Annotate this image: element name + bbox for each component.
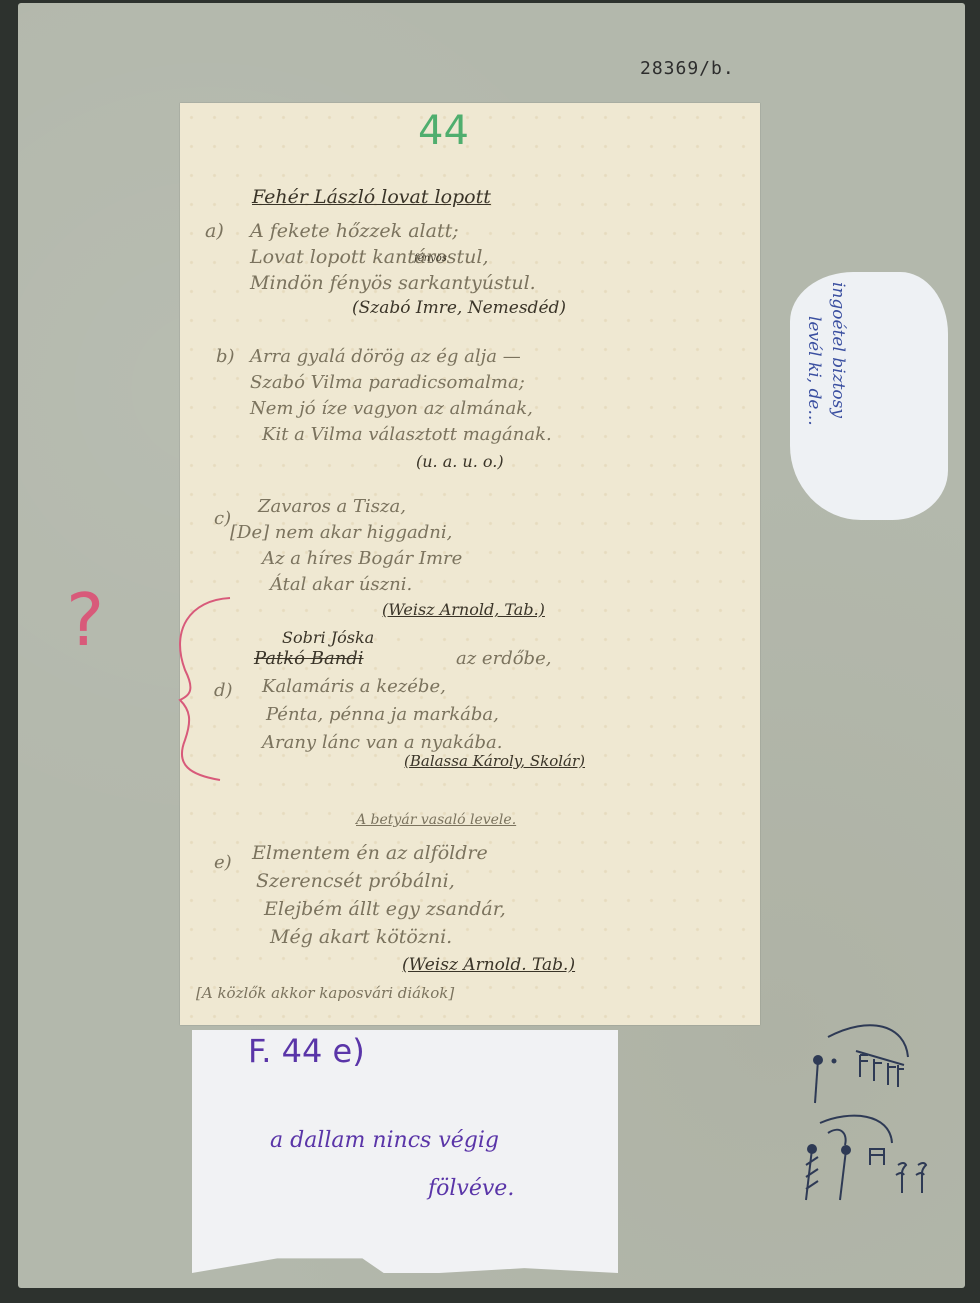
verse-a-label: a) xyxy=(205,220,224,242)
verse-a-line-1: A fekete hőzzek alatt; xyxy=(250,220,459,242)
verse-b-label: b) xyxy=(216,346,235,367)
song-title: Fehér László lovat lopott xyxy=(252,186,491,208)
verse-e-source: (Weisz Arnold. Tab.) xyxy=(402,955,575,975)
verse-b-line-3: Nem jó íze vagyon az almának, xyxy=(250,398,533,419)
verse-e-line-1: Elmentem én az alföldre xyxy=(252,842,488,864)
verse-c-label: c) xyxy=(214,508,231,529)
verse-c-source: (Weisz Arnold, Tab.) xyxy=(382,600,545,619)
verse-d-line-3: Pénta, pénna ja markába, xyxy=(266,704,499,725)
verse-d-line-2: Kalamáris a kezébe, xyxy=(262,676,446,697)
verse-c-line-3: Az a híres Bogár Imre xyxy=(262,548,462,569)
verse-e-label: e) xyxy=(214,852,232,873)
red-brace-icon xyxy=(160,590,240,790)
verse-c-line-1: Zavaros a Tisza, xyxy=(258,496,406,517)
verse-b-line-1: Arra gyalá dörög az ég alja — xyxy=(250,346,521,367)
verse-d-line-1-rest: az erdőbe, xyxy=(456,648,551,669)
verse-d-line-4: Arany lánc van a nyakába. xyxy=(262,732,502,753)
verse-a-source: (Szabó Imre, Nemesdéd) xyxy=(352,298,566,318)
verse-d-struck-name: Patkó Bandi xyxy=(254,648,364,669)
verse-b-line-4: Kit a Vilma választott magának. xyxy=(262,424,552,445)
music-notation-icon xyxy=(790,1015,960,1215)
white-note-line-2: fölvéve. xyxy=(428,1176,514,1201)
verse-b-line-2: Szabó Vilma paradicsomalma; xyxy=(250,372,525,393)
verse-a-insertion: fényös xyxy=(414,253,447,264)
blue-note-line-2: levél ki, de... xyxy=(804,316,824,426)
verse-e-heading: A betyár vasaló levele. xyxy=(356,812,516,828)
verse-e-line-3: Elejbém állt egy zsandár, xyxy=(264,898,506,920)
white-note-reference: F. 44 e) xyxy=(248,1032,365,1070)
page-number: 44 xyxy=(418,108,469,154)
verse-a-line-3: Mindön fényös sarkantyústul. xyxy=(250,272,536,294)
verse-d-source: (Balassa Károly, Skolár) xyxy=(404,752,585,770)
footnote: [A közlők akkor kaposvári diákok] xyxy=(196,984,454,1002)
verse-a-line-2: Lovat lopott kantárostul, xyxy=(250,246,489,268)
blue-note-line-1: ingoétel biztosy xyxy=(828,282,848,418)
verse-b-source: (u. a. u. o.) xyxy=(416,452,504,471)
archive-number: 28369/b. xyxy=(640,58,735,79)
red-question-mark: ? xyxy=(66,578,104,662)
verse-c-line-4: Átal akar úszni. xyxy=(270,574,412,595)
verse-d-replacement: Sobri Jóska xyxy=(282,628,374,647)
white-note-line-1: a dallam nincs végig xyxy=(270,1128,499,1153)
verse-e-line-4: Még akart kötözni. xyxy=(270,926,452,948)
verse-c-line-2: [De] nem akar higgadni, xyxy=(230,522,452,543)
verse-e-line-2: Szerencsét próbálni, xyxy=(256,870,455,892)
